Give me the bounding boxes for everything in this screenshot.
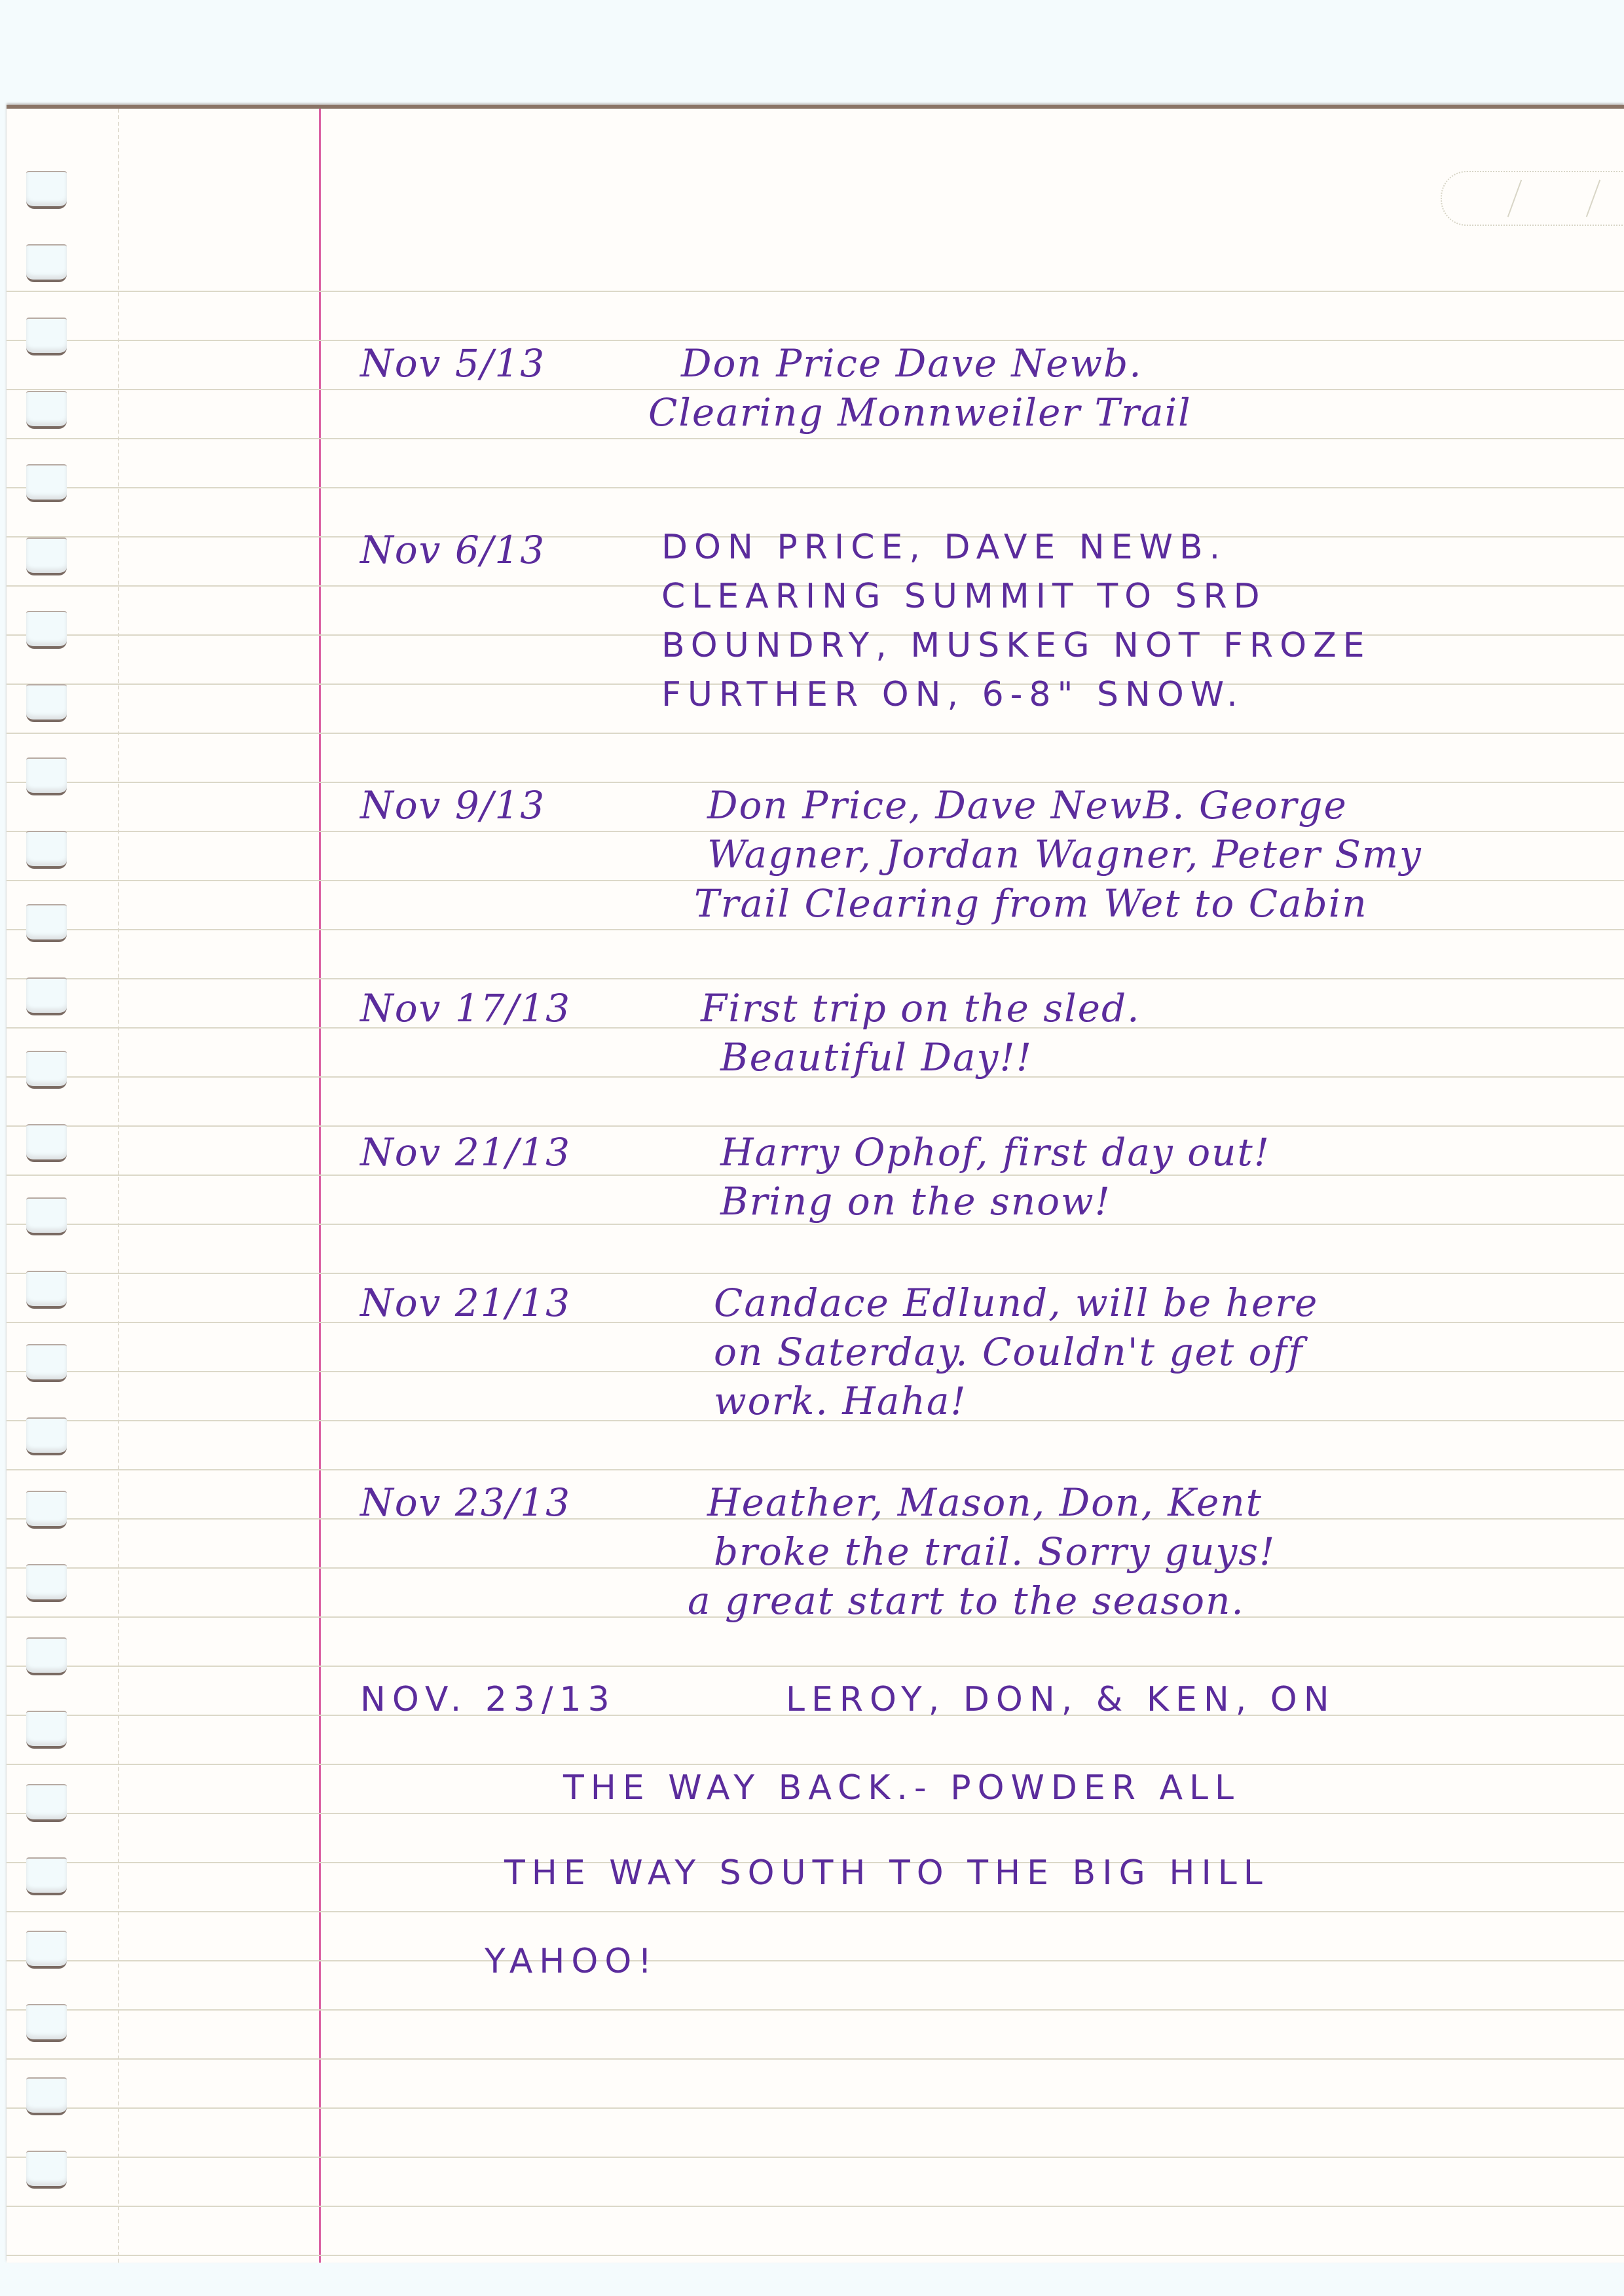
entry-line: Trail Clearing from Wet to Cabin (694, 881, 1368, 926)
entry-date: Nov 21/13 (360, 1281, 571, 1325)
entry-date: Nov 21/13 (360, 1130, 571, 1175)
entry-line: Wagner, Jordan Wagner, Peter Smy (707, 832, 1422, 877)
entry-line: DON PRICE, DAVE NEWB. (661, 528, 1227, 567)
entry-line: THE WAY SOUTH TO THE BIG HILL (504, 1853, 1269, 1893)
entry-date: Nov 5/13 (360, 341, 545, 386)
entry-line: FURTHER ON, 6-8" SNOW. (661, 675, 1244, 714)
entry-line: THE WAY BACK.- POWDER ALL (563, 1768, 1240, 1808)
entry-line: First trip on the sled. (701, 986, 1141, 1030)
entry-line: a great start to the season. (688, 1578, 1245, 1623)
entry-line: broke the trail. Sorry guys! (714, 1529, 1276, 1574)
entry-line: Don Price, Dave NewB. George (707, 783, 1348, 828)
entry-line: Heather, Mason, Don, Kent (707, 1480, 1263, 1525)
entry-line: BOUNDRY, MUSKEG NOT FROZE (661, 626, 1371, 665)
entry-line: Harry Ophof, first day out! (720, 1130, 1270, 1175)
entry-line: CLEARING SUMMIT TO SRD (661, 577, 1266, 616)
notebook-page: Nov 5/13 Don Price Dave Newb. Clearing M… (7, 105, 1624, 2263)
entry-date: Nov 6/13 (360, 528, 545, 572)
entry-date: Nov 9/13 (360, 783, 545, 828)
entry-line: on Saterday. Couldn't get off (714, 1330, 1303, 1374)
entry-line: work. Haha! (714, 1379, 967, 1423)
entry-date: Nov 17/13 (360, 986, 571, 1030)
entry-line: Beautiful Day!! (720, 1035, 1033, 1080)
entry-date: Nov 23/13 (360, 1480, 571, 1525)
entry-line: LEROY, DON, & KEN, ON (786, 1680, 1336, 1719)
entry-line: Bring on the snow! (720, 1179, 1111, 1224)
entry-line: Clearing Monnweiler Trail (648, 390, 1192, 435)
entry-line: Candace Edlund, will be here (714, 1281, 1318, 1325)
entry-line: Don Price Dave Newb. (681, 341, 1143, 386)
log-entries: Nov 5/13 Don Price Dave Newb. Clearing M… (7, 109, 1624, 2263)
entry-date: NOV. 23/13 (360, 1680, 616, 1719)
entry-line: YAHOO! (485, 1942, 658, 1981)
